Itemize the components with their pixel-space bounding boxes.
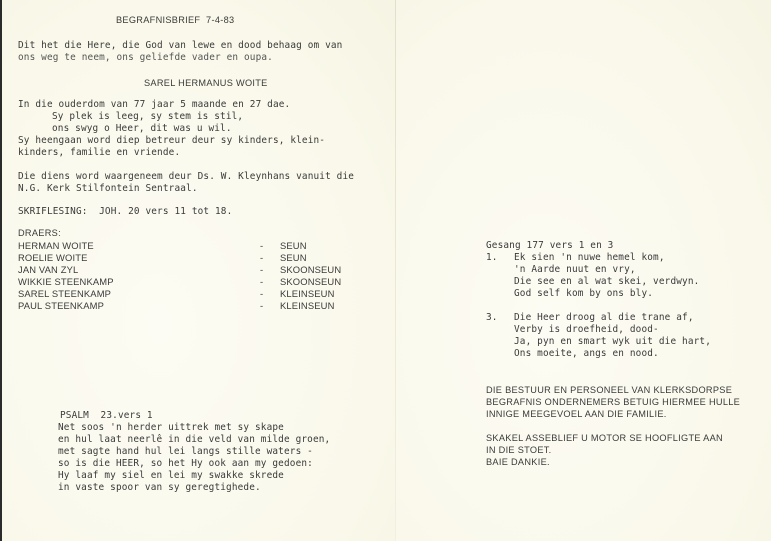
- psalm-line: Net soos 'n herder uittrek met sy skape: [58, 422, 284, 434]
- scan-edge: [0, 0, 2, 541]
- psalm-line: en hul laat neerlê in die veld van milde…: [58, 434, 330, 446]
- scripture-reading: SKRIFLESING: JOH. 20 vers 11 tot 18.: [18, 206, 232, 218]
- condolence-line: INNIGE MEEGEVOEL AAN DIE FAMILIE.: [486, 408, 667, 420]
- mourning-line: Sy heengaan word diep betreur deur sy ki…: [18, 135, 325, 147]
- psalm-line: met sagte hand hul lei langs stille wate…: [58, 446, 313, 458]
- bearers-label: DRAERS:: [18, 227, 61, 239]
- psalm-line: Hy laaf my siel en lei my swakke skrede: [58, 470, 284, 482]
- bearer-dash: -: [260, 240, 263, 252]
- deceased-name: SAREL HERMANUS WOITE: [144, 77, 268, 89]
- hymn-line: 'n Aarde nuut en vry,: [514, 264, 636, 276]
- document-title: BEGRAFNISBRIEF 7-4-83: [116, 14, 234, 26]
- hymn-line: Ek sien 'n nuwe hemel kom,: [514, 252, 665, 264]
- bearer-dash: -: [260, 276, 263, 288]
- headlights-line: SKAKEL ASSEBLIEF U MOTOR SE HOOFLIGTE AA…: [486, 432, 723, 444]
- headlights-line: BAIE DANKIE.: [486, 456, 550, 468]
- bearer-name: ROELIE WOITE: [18, 252, 88, 264]
- bearer-relation: KLEINSEUN: [280, 300, 335, 312]
- bearer-dash: -: [260, 264, 263, 276]
- bearer-dash: -: [260, 252, 263, 264]
- hymn-line: Ons moeite, angs en nood.: [514, 348, 659, 360]
- bearer-name: WIKKIE STEENKAMP: [18, 276, 114, 288]
- bearer-relation: SKOONSEUN: [280, 264, 341, 276]
- bearer-relation: SEUN: [280, 252, 307, 264]
- bearer-row: PAUL STEENKAMP-KLEINSEUN: [18, 300, 388, 312]
- bearer-dash: -: [260, 288, 263, 300]
- bearer-relation: SEUN: [280, 240, 307, 252]
- psalm-line: so is die HEER, so het Hy ook aan my ged…: [58, 458, 313, 470]
- bearer-name: SAREL STEENKAMP: [18, 288, 111, 300]
- intro-line: Dit het die Here, die God van lewe en do…: [18, 40, 342, 52]
- hymn-line: Die see en al wat skei, verdwyn.: [514, 276, 699, 288]
- psalm-title: PSALM 23.vers 1: [60, 410, 153, 422]
- intro-line: ons weg te neem, ons geliefde vader en o…: [18, 52, 273, 64]
- age-line: In die ouderdom van 77 jaar 5 maande en …: [18, 99, 290, 111]
- service-line: N.G. Kerk Stilfontein Sentraal.: [18, 183, 198, 195]
- bearer-row: WIKKIE STEENKAMP-SKOONSEUN: [18, 276, 388, 288]
- hymn-verse-number: 3.: [486, 312, 498, 324]
- verse-line: Sy plek is leeg, sy stem is stil,: [52, 111, 243, 123]
- bearer-name: JAN VAN ZYL: [18, 264, 78, 276]
- hymn-line: God self kom by ons bly.: [514, 288, 653, 300]
- verse-line: ons swyg o Heer, dit was u wil.: [52, 123, 232, 135]
- headlights-line: IN DIE STOET.: [486, 444, 552, 456]
- page-fold: [395, 0, 396, 541]
- bearer-relation: SKOONSEUN: [280, 276, 341, 288]
- condolence-line: DIE BESTUUR EN PERSONEEL VAN KLERKSDORPS…: [486, 384, 732, 396]
- bearer-dash: -: [260, 300, 263, 312]
- condolence-line: BEGRAFNIS ONDERNEMERS BETUIG HIERMEE HUL…: [486, 396, 740, 408]
- bearer-row: JAN VAN ZYL-SKOONSEUN: [18, 264, 388, 276]
- bearer-row: SAREL STEENKAMP-KLEINSEUN: [18, 288, 388, 300]
- mourning-line: kinders, familie en vriende.: [18, 147, 180, 159]
- bearer-name: PAUL STEENKAMP: [18, 300, 104, 312]
- hymn-line: Die Heer droog al die trane af,: [514, 312, 694, 324]
- bearer-relation: KLEINSEUN: [280, 288, 335, 300]
- psalm-line: in vaste spoor van sy geregtighede.: [58, 482, 261, 494]
- hymn-line: Verby is droefheid, dood-: [514, 324, 659, 336]
- bearer-row: ROELIE WOITE-SEUN: [18, 252, 388, 264]
- hymn-title: Gesang 177 vers 1 en 3: [486, 240, 613, 252]
- bearer-row: HERMAN WOITE-SEUN: [18, 240, 388, 252]
- hymn-line: Ja, pyn en smart wyk uit die hart,: [514, 336, 711, 348]
- service-line: Die diens word waargeneem deur Ds. W. Kl…: [18, 171, 354, 183]
- hymn-verse-number: 1.: [486, 252, 498, 264]
- bearer-name: HERMAN WOITE: [18, 240, 94, 252]
